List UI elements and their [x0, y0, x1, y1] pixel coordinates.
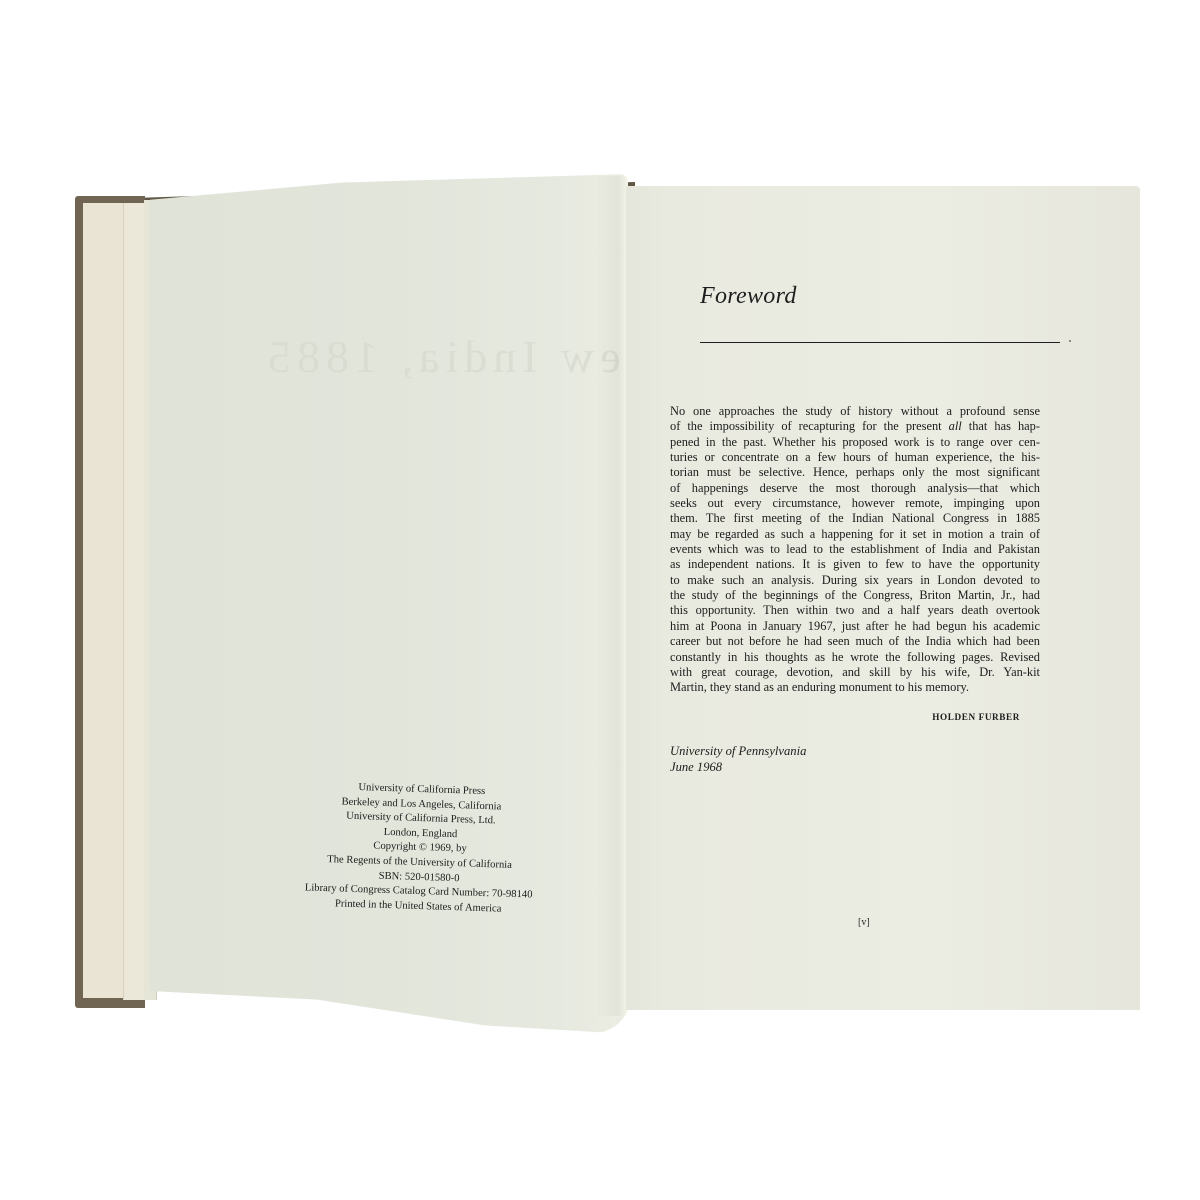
heading-rule — [700, 342, 1060, 343]
body-line: No one approaches the study of history w… — [670, 404, 1040, 419]
body-line: torian must be selective. Hence, perhaps… — [670, 465, 1040, 480]
body-line: them. The first meeting of the Indian Na… — [670, 511, 1040, 526]
body-line: events which was to lead to the establis… — [670, 542, 1040, 557]
body-line: Martin, they stand as an enduring monume… — [670, 680, 1040, 695]
affiliation: University of Pennsylvania — [670, 744, 806, 760]
body-line: of happenings deserve the most thorough … — [670, 481, 1040, 496]
body-line: constantly in his thoughts as he wrote t… — [670, 650, 1040, 665]
body-line: career but not before he had seen much o… — [670, 634, 1040, 649]
body-line: as independent nations. It is given to f… — [670, 557, 1040, 572]
gutter-shadow — [596, 176, 628, 1016]
foreword-heading: Foreword — [700, 283, 797, 310]
body-line: seeks out every circumstance, however re… — [670, 496, 1040, 511]
body-line: of the impossibility of recapturing for … — [670, 419, 1040, 434]
body-line: to make such an analysis. During six yea… — [670, 573, 1040, 588]
body-line: him at Poona in January 1967, just after… — [670, 619, 1040, 634]
open-book-photo: New India, 1885 University of California… — [0, 0, 1200, 1200]
body-line: may be regarded as such a happening for … — [670, 527, 1040, 542]
paper-speck — [1069, 340, 1071, 342]
copyright-imprint: University of California PressBerkeley a… — [288, 779, 552, 918]
body-line: the study of the beginnings of the Congr… — [670, 588, 1040, 603]
foreword-date: June 1968 — [670, 760, 806, 776]
page-number: [v] — [858, 917, 870, 928]
foreword-affiliation-block: University of Pennsylvania June 1968 — [670, 744, 806, 775]
foreword-signature: HOLDEN FURBER — [900, 712, 1020, 722]
foreword-body: No one approaches the study of history w… — [670, 404, 1040, 696]
body-line: this opportunity. Then within two and a … — [670, 603, 1040, 618]
body-line: with great courage, devotion, and skill … — [670, 665, 1040, 680]
body-line: turies or concentrate on a few hours of … — [670, 450, 1040, 465]
body-line: pened in the past. Whether his proposed … — [670, 435, 1040, 450]
